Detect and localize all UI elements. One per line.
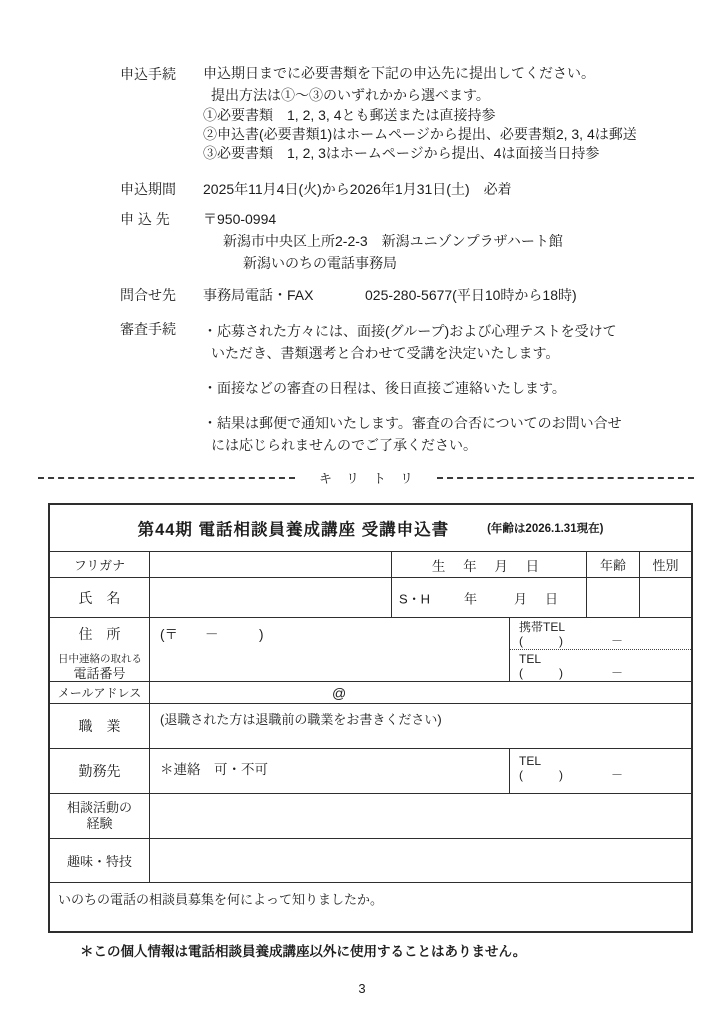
procedure-line: ②申込書(必要書類1)はホームページから提出、必要書類2, 3, 4は郵送	[203, 125, 637, 144]
cut-here-label: キリトリ	[295, 468, 437, 487]
email-at-hint: @	[332, 685, 346, 701]
apply-to-block: 申 込 先 〒950-0994 新潟市中央区上所2-2-3 新潟ユニゾンプラザハ…	[120, 208, 563, 274]
inquiry-name: 事務局電話・FAX	[203, 286, 365, 305]
email-row: メールアドレス @	[50, 682, 691, 704]
referral-source-row: いのちの電話の相談員募集を何によって知りましたか。	[50, 883, 691, 931]
screening-block: 審査手続 ・応募された方々には、面接(グループ)および心理テストを受けて いただ…	[120, 320, 622, 456]
home-tel-hint: ( ) －	[519, 666, 691, 680]
address-field: (〒 － )	[150, 618, 510, 681]
mobile-tel-field: 携帯TEL ( ) －	[510, 618, 691, 650]
page-number: 3	[0, 981, 724, 996]
apply-to-label: 申 込 先	[120, 208, 203, 274]
email-field: @	[150, 682, 691, 703]
mobile-tel-label: 携帯TEL	[519, 620, 691, 634]
procedure-label: 申込手続	[120, 64, 176, 84]
birthdate-field: S・H 年 月 日	[392, 578, 587, 617]
form-title-age-note: (年齢は2026.1.31現在)	[487, 520, 603, 536]
workplace-tel-field: TEL ( ) －	[510, 749, 691, 793]
workplace-tel-cell: TEL ( ) －	[510, 749, 691, 793]
cut-dash-right	[437, 477, 694, 479]
birth-month-hint: 月	[514, 588, 527, 607]
screening-line: ・結果は郵便で通知いたします。審査の合否についてのお問い合せ	[203, 412, 622, 434]
address-label-cell: 住 所 日中連絡の取れる 電話番号	[50, 618, 150, 681]
hobby-row: 趣味・特技	[50, 839, 691, 883]
address-label: 住 所	[50, 624, 149, 644]
phone-fields-cell: 携帯TEL ( ) － TEL ( ) －	[510, 618, 691, 681]
application-procedure-block: 申込期日までに必要書類を下記の申込先に提出してください。 提出方法は①～③のいず…	[120, 64, 637, 163]
screening-label: 審査手続	[120, 320, 203, 456]
experience-label-line2: 経験	[86, 816, 112, 832]
birthdate-header: 生 年 月 日	[392, 552, 587, 577]
procedure-line: 申込期日までに必要書類を下記の申込先に提出してください。	[203, 64, 637, 83]
age-field	[587, 578, 640, 617]
screening-line: ・応募された方々には、面接(グループ)および心理テストを受けて	[203, 320, 622, 342]
apply-to-address: 新潟市中央区上所2-2-3 新潟ユニゾンプラザハート館	[223, 230, 563, 252]
workplace-label: 勤務先	[50, 749, 150, 793]
workplace-field: ＊連絡 可・不可	[150, 749, 510, 793]
screening-line: には応じられませんのでご了承ください。	[211, 434, 622, 456]
cut-here-line: キリトリ	[38, 468, 694, 487]
birth-day-hint: 日	[545, 588, 558, 607]
procedure-line: ③必要書類 1, 2, 3はホームページから提出、4は面接当日持参	[203, 144, 637, 163]
cut-dash-left	[38, 477, 295, 479]
inquiry-phone: 025-280-5677(平日10時から18時)	[365, 286, 577, 305]
name-label: 氏 名	[50, 578, 150, 617]
birth-era-hint: S・H	[399, 588, 430, 607]
name-field	[150, 578, 392, 617]
scanned-application-form-page: 申込期日までに必要書類を下記の申込先に提出してください。 提出方法は①～③のいず…	[0, 0, 724, 1024]
application-form-table: 第44期 電話相談員養成講座 受講申込書 (年齢は2026.1.31現在) フリ…	[48, 503, 693, 933]
age-header: 年齢	[587, 552, 640, 577]
home-tel-label: TEL	[519, 652, 691, 666]
email-label: メールアドレス	[50, 682, 150, 703]
occupation-note: (退職された方は退職前の職業をお書きください)	[160, 709, 442, 728]
furigana-label: フリガナ	[50, 552, 150, 577]
workplace-tel-hint: ( ) －	[519, 768, 691, 782]
address-row: 住 所 日中連絡の取れる 電話番号 (〒 － ) 携帯TEL ( ) － TEL…	[50, 618, 691, 682]
privacy-note: ＊この個人情報は電話相談員養成講座以外に使用することはありません。	[80, 940, 526, 960]
occupation-label: 職 業	[50, 704, 150, 748]
name-row: 氏 名 S・H 年 月 日	[50, 578, 691, 618]
gender-header: 性別	[640, 552, 691, 577]
hobby-field	[150, 839, 691, 882]
period-label: 申込期間	[120, 180, 203, 199]
procedure-line: ①必要書類 1, 2, 3, 4とも郵送または直接持参	[203, 106, 637, 125]
home-tel-field: TEL ( ) －	[510, 650, 691, 681]
procedure-line: 提出方法は①～③のいずれかから選べます。	[211, 86, 637, 105]
mobile-tel-hint: ( ) －	[519, 634, 691, 648]
postal-code-hint: (〒 － )	[160, 623, 264, 643]
screening-line: ・面接などの審査の日程は、後日直接ご連絡いたします。	[203, 377, 622, 399]
referral-source-question: いのちの電話の相談員募集を何によって知りましたか。	[50, 883, 691, 931]
experience-label-cell: 相談活動の 経験	[50, 794, 150, 838]
apply-to-postal: 〒950-0994	[203, 208, 563, 230]
form-title-row: 第44期 電話相談員養成講座 受講申込書 (年齢は2026.1.31現在)	[50, 505, 691, 552]
experience-label-line1: 相談活動の	[67, 800, 132, 816]
workplace-contact-note: ＊連絡 可・不可	[160, 758, 268, 778]
apply-to-office: 新潟いのちの電話事務局	[243, 252, 563, 274]
occupation-field: (退職された方は退職前の職業をお書きください)	[150, 704, 691, 748]
occupation-row: 職 業 (退職された方は退職前の職業をお書きください)	[50, 704, 691, 749]
gender-field	[640, 578, 691, 617]
furigana-field	[150, 552, 392, 577]
workplace-tel-label: TEL	[519, 754, 691, 768]
application-period-block: 申込期間 2025年11月4日(火)から2026年1月31日(土) 必着	[120, 180, 512, 199]
inquiry-label: 問合せ先	[120, 286, 203, 305]
phone-number-label: 電話番号	[50, 663, 149, 682]
experience-field	[150, 794, 691, 838]
period-value: 2025年11月4日(火)から2026年1月31日(土) 必着	[203, 180, 512, 199]
screening-line: いただき、書類選考と合わせて受講を決定いたします。	[211, 342, 622, 364]
furigana-row: フリガナ 生 年 月 日 年齢 性別	[50, 552, 691, 578]
birth-year-hint: 年	[464, 588, 477, 607]
form-title: 第44期 電話相談員養成講座 受講申込書	[138, 516, 450, 540]
workplace-row: 勤務先 ＊連絡 可・不可 TEL ( ) －	[50, 749, 691, 794]
inquiry-block: 問合せ先 事務局電話・FAX 025-280-5677(平日10時から18時)	[120, 286, 577, 305]
experience-row: 相談活動の 経験	[50, 794, 691, 839]
hobby-label: 趣味・特技	[50, 839, 150, 882]
